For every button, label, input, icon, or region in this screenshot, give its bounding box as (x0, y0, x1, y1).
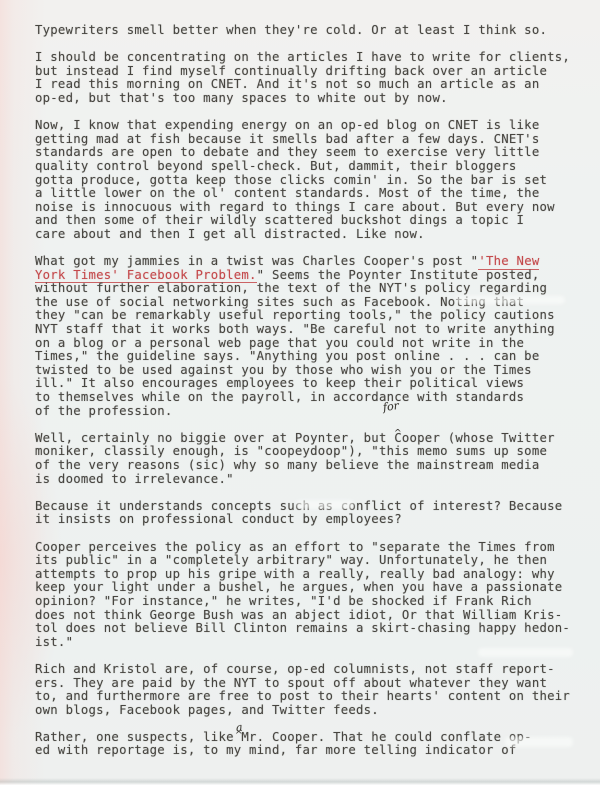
typed-line: getting mad at fish because it smells ba… (35, 133, 580, 147)
typed-line: to, and furthermore are free to post to … (35, 690, 580, 704)
text-segment: of the profession. (35, 404, 173, 418)
handwritten-mark: ^ (235, 732, 243, 740)
text-segment: on a blog or a personal web page that yo… (35, 336, 524, 350)
paragraph: Typewriters smell better when they're co… (35, 24, 580, 38)
typed-line: does not think George Bush was an abject… (35, 609, 580, 623)
typed-line: but instead I find myself continually dr… (35, 65, 580, 79)
typed-line: Cooper perceives the policy as an effort… (35, 541, 580, 555)
typed-line: ers. They are paid by the NYT to spout o… (35, 677, 580, 691)
text-segment: they "can be remarkably useful reporting… (35, 308, 555, 322)
typed-line: Times," the guideline says. "Anything yo… (35, 350, 580, 364)
handwritten-mark: for (382, 401, 399, 413)
paragraph: What got my jammies in a twist was Charl… (35, 255, 580, 418)
text-segment: NYT staff that it works both ways. "Be c… (35, 322, 555, 336)
text-segment: What got my jammies in a twist was Charl… (35, 254, 478, 268)
text-segment: opinion? "For instance," he writes, "I'd… (35, 594, 532, 608)
typed-line: moniker, classily enough, is "coopeydoop… (35, 445, 580, 459)
text-segment: gotta produce, gotta keep those clicks c… (35, 173, 547, 187)
scanned-typewritten-page: Typewriters smell better when they're co… (0, 0, 600, 785)
text-segment: its public" in a "completely arbitrary" … (35, 553, 547, 567)
text-segment: op-ed, but that's too many spaces to whi… (35, 91, 448, 105)
typed-line: Well, certainly no biggie over at Poynte… (35, 432, 580, 446)
text-segment: ist." (35, 635, 73, 649)
typed-line: York Times' Facebook Problem." Seems the… (35, 269, 580, 283)
typed-line: a little lower on the ol' content standa… (35, 187, 580, 201)
typed-line: tol does not believe Bill Clinton remain… (35, 622, 580, 636)
text-segment: Times," the guideline says. "Anything yo… (35, 349, 539, 363)
text-segment: twisted to be used against you by those … (35, 363, 532, 377)
typed-line: ill." It also encourages employees to ke… (35, 377, 580, 391)
typed-line: I read this morning on CNET. And it's no… (35, 78, 580, 92)
typed-line: and then some of their wildly scattered … (35, 214, 580, 228)
paragraph: Rather, one suspects, like Mr. Cooper. T… (35, 731, 580, 758)
text-segment: without further elaboration, the text of… (35, 281, 547, 295)
typed-line: ist." (35, 636, 580, 650)
paragraph: I should be concentrating on the article… (35, 51, 580, 105)
text-segment: but instead I find myself continually dr… (35, 64, 547, 78)
paragraph: Cooper perceives the policy as an effort… (35, 541, 580, 650)
typed-line: care about and then I get all distracted… (35, 228, 580, 242)
paragraph: Rich and Kristol are, of course, op-ed c… (35, 663, 580, 717)
typed-line: Typewriters smell better when they're co… (35, 24, 580, 38)
text-segment: tol does not believe Bill Clinton remain… (35, 621, 570, 635)
typed-line: NYT staff that it works both ways. "Be c… (35, 323, 580, 337)
typed-line: I should be concentrating on the article… (35, 51, 580, 65)
text-segment: " Seems the Poynter Institute posted, (257, 268, 540, 282)
text-segment: a little lower on the ol' content standa… (35, 186, 539, 200)
paragraph: Well, certainly no biggie over at Poynte… (35, 432, 580, 486)
typed-line: Now, I know that expending energy on an … (35, 119, 580, 133)
text-segment: it insists on professional conduct by em… (35, 512, 402, 526)
document-text: Typewriters smell better when they're co… (35, 24, 580, 772)
text-segment: own blogs, Facebook pages, and Twitter f… (35, 703, 379, 717)
text-segment: getting mad at fish because it smells ba… (35, 132, 539, 146)
text-segment: and then some of their wildly scattered … (35, 213, 524, 227)
text-segment: standards are open to debate and they se… (35, 145, 539, 159)
typed-line: on a blog or a personal web page that yo… (35, 337, 580, 351)
typed-line: standards are open to debate and they se… (35, 146, 580, 160)
typed-line: twisted to be used against you by those … (35, 364, 580, 378)
typed-line: they "can be remarkably useful reporting… (35, 309, 580, 323)
typed-line: op-ed, but that's too many spaces to whi… (35, 92, 580, 106)
text-segment: Well, certainly no biggie over at Poynte… (35, 431, 555, 445)
typed-line: keep your light under a bushel, he argue… (35, 581, 580, 595)
typed-line: Rather, one suspects, like Mr. Cooper. T… (35, 731, 580, 745)
typed-line: Because it understands concepts such as … (35, 500, 580, 514)
typed-line: to themselves while on the payroll, in a… (35, 391, 580, 405)
text-segment: ed with reportage is, to my mind, far mo… (35, 743, 517, 757)
handwritten-mark: ^ (394, 430, 402, 438)
text-segment: is doomed to irrelevance." (35, 472, 234, 486)
typed-line: it insists on professional conduct by em… (35, 513, 580, 527)
typed-line: its public" in a "completely arbitrary" … (35, 554, 580, 568)
text-segment: Because it understands concepts such as … (35, 499, 562, 513)
text-segment: to themselves while on the payroll, in a… (35, 390, 524, 404)
typed-line: What got my jammies in a twist was Charl… (35, 255, 580, 269)
text-segment: the use of social networking sites such … (35, 295, 524, 309)
typed-line: opinion? "For instance," he writes, "I'd… (35, 595, 580, 609)
text-segment: Cooper perceives the policy as an effort… (35, 540, 555, 554)
text-segment: ers. They are paid by the NYT to spout o… (35, 676, 547, 690)
typed-line: without further elaboration, the text of… (35, 282, 580, 296)
text-segment: quality control beyond spell-check. But,… (35, 159, 517, 173)
text-segment: of the very reasons (sic) why so many be… (35, 458, 539, 472)
text-segment: Typewriters smell better when they're co… (35, 23, 547, 37)
typed-line: is doomed to irrelevance." (35, 473, 580, 487)
text-segment: to, and furthermore are free to post to … (35, 689, 570, 703)
text-segment: I read this morning on CNET. And it's no… (35, 77, 539, 91)
typed-line: noise is innocuous with regard to things… (35, 201, 580, 215)
typed-line: the use of social networking sites such … (35, 296, 580, 310)
typed-line: gotta produce, gotta keep those clicks c… (35, 174, 580, 188)
typed-line: of the profession. (35, 405, 580, 419)
text-segment: keep your light under a bushel, he argue… (35, 580, 562, 594)
text-segment: noise is innocuous with regard to things… (35, 200, 555, 214)
text-segment: Now, I know that expending energy on an … (35, 118, 539, 132)
text-segment: Rather, one suspects, like Mr. Cooper. T… (35, 730, 532, 744)
typed-line: ed with reportage is, to my mind, far mo… (35, 744, 580, 758)
typed-line: attempts to prop up his gripe with a rea… (35, 568, 580, 582)
text-segment: I should be concentrating on the article… (35, 50, 570, 64)
typed-line: quality control beyond spell-check. But,… (35, 160, 580, 174)
text-segment: care about and then I get all distracted… (35, 227, 425, 241)
paragraph: Now, I know that expending energy on an … (35, 119, 580, 241)
typed-line: own blogs, Facebook pages, and Twitter f… (35, 704, 580, 718)
paragraph: Because it understands concepts such as … (35, 500, 580, 527)
typed-line: Rich and Kristol are, of course, op-ed c… (35, 663, 580, 677)
text-segment: attempts to prop up his gripe with a rea… (35, 567, 555, 581)
text-segment: Rich and Kristol are, of course, op-ed c… (35, 662, 555, 676)
typed-line: of the very reasons (sic) why so many be… (35, 459, 580, 473)
text-segment: does not think George Bush was an abject… (35, 608, 562, 622)
text-segment: ill." It also encourages employees to ke… (35, 376, 524, 390)
text-segment: moniker, classily enough, is "coopeydoop… (35, 444, 547, 458)
